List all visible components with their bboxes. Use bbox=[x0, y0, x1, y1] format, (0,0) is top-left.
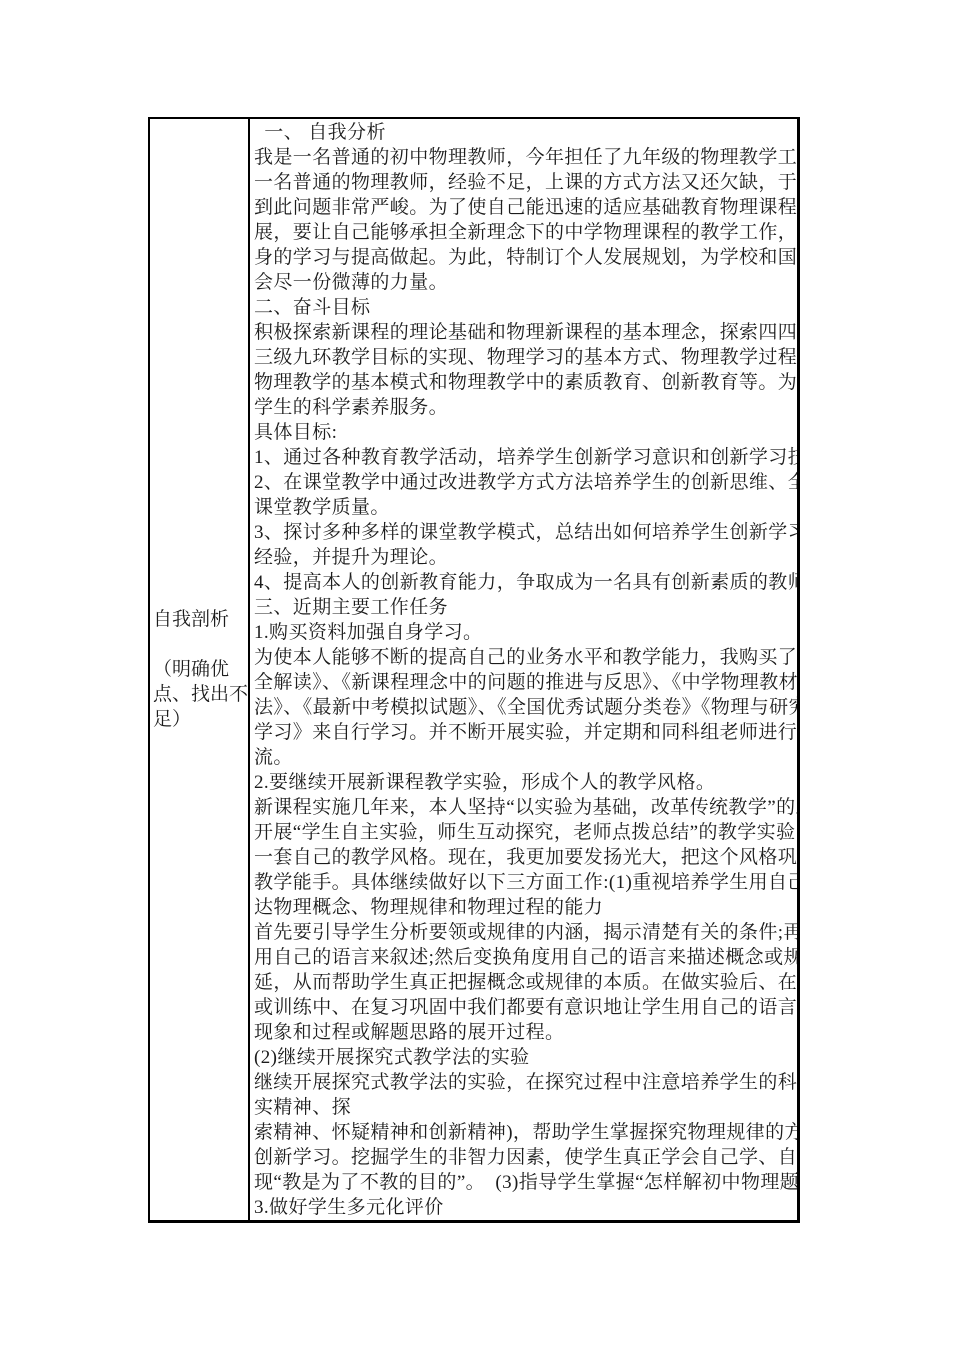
text-line bbox=[153, 632, 246, 657]
text-line: 足） bbox=[153, 707, 246, 732]
cell-self-analysis-label: 自我剖析（明确优点、找出不足） bbox=[150, 119, 250, 1220]
text-line: 具体目标: bbox=[254, 420, 795, 445]
text-line: 现“教是为了不教的目的”。 (3)指导学生掌握“怎样解初中物理题” bbox=[254, 1170, 795, 1195]
text-line: 开展“学生自主实验，师生互动探究，老师点拨总结”的教学实验，形成 bbox=[254, 820, 795, 845]
text-line: 一套自己的教学风格。现在，我更加要发扬光大，把这个风格巩固，争做 bbox=[254, 845, 795, 870]
text-line: 教学能手。具体继续做好以下三方面工作:(1)重视培养学生用自己的语言表 bbox=[254, 870, 795, 895]
text-line: 新课程实施几年来，本人坚持“以实验为基础，改革传统教学”的思想， bbox=[254, 795, 795, 820]
text-line: 3.做好学生多元化评价 bbox=[254, 1195, 795, 1220]
text-line: 实精神、探 bbox=[254, 1095, 795, 1120]
text-line: 或训练中、在复习巩固中我们都要有意识地让学生用自己的语言叙述物理 bbox=[254, 995, 795, 1020]
text-line: 展，要让自己能够承担全新理念下的中学物理课程的教学工作，必须从自 bbox=[254, 220, 795, 245]
text-line: (2)继续开展探究式教学法的实验 bbox=[254, 1045, 795, 1070]
text-line: 索精神、怀疑精神和创新精神)，帮助学生掌握探究物理规律的方法，学会 bbox=[254, 1120, 795, 1145]
text-line: 3、探讨多种多样的课堂教学模式，总结出如何培养学生创新学习能力的 bbox=[254, 520, 795, 545]
text-line: 2.要继续开展新课程教学实验，形成个人的教学风格。 bbox=[254, 770, 795, 795]
text-line: （明确优 bbox=[153, 657, 246, 682]
text-line: 流。 bbox=[254, 745, 795, 770]
text-line: 全解读》、《新课程理念中的问题的推进与反思》、《中学物理教材教 bbox=[254, 670, 795, 695]
text-line: 2、在课堂教学中通过改进教学方式方法培养学生的创新思维、全面提高 bbox=[254, 470, 795, 495]
text-line: 继续开展探究式教学法的实验，在探究过程中注意培养学生的科学精神(求 bbox=[254, 1070, 795, 1095]
text-line: 物理教学的基本模式和物理教学中的素质教育、创新教育等。为全面提升 bbox=[254, 370, 795, 395]
text-line: 法》、《最新中考模拟试题》、《全国优秀试题分类卷》《物理与研究性 bbox=[254, 695, 795, 720]
text-line: 二、奋斗目标 bbox=[254, 295, 795, 320]
text-line: 1、通过各种教育教学活动，培养学生创新学习意识和创新学习技能。 bbox=[254, 445, 795, 470]
document-page: 自我剖析（明确优点、找出不足） 一、 自我分析我是一名普通的初中物理教师，今年担… bbox=[0, 0, 960, 1357]
text-line: 我是一名普通的初中物理教师，今年担任了九年级的物理教学工作。作为 bbox=[254, 145, 795, 170]
text-line: 用自己的语言来叙述;然后变换角度用自己的语言来描述概念或规律的外 bbox=[254, 945, 795, 970]
text-line: 会尽一份微薄的力量。 bbox=[254, 270, 795, 295]
text-line: 为使本人能够不断的提高自己的业务水平和教学能力，我购买了《教材完 bbox=[254, 645, 795, 670]
text-line: 身的学习与提高做起。为此，特制订个人发展规划，为学校和国家以及社 bbox=[254, 245, 795, 270]
text-line: 现象和过程或解题思路的展开过程。 bbox=[254, 1020, 795, 1045]
self-development-plan-table: 自我剖析（明确优点、找出不足） 一、 自我分析我是一名普通的初中物理教师，今年担… bbox=[148, 117, 800, 1223]
text-line: 1.购买资料加强自身学习。 bbox=[254, 620, 795, 645]
cell-plan-content: 一、 自我分析我是一名普通的初中物理教师，今年担任了九年级的物理教学工作。作为一… bbox=[250, 119, 797, 1220]
text-line: 4、提高本人的创新教育能力，争取成为一名具有创新素质的教师。 bbox=[254, 570, 795, 595]
text-line: 达物理概念、物理规律和物理过程的能力 bbox=[254, 895, 795, 920]
text-line: 首先要引导学生分析要领或规律的内涵，揭示清楚有关的条件;再要求学生 bbox=[254, 920, 795, 945]
text-line: 一名普通的物理教师，经验不足，上课的方式方法又还欠缺，于是我意识 bbox=[254, 170, 795, 195]
text-line: 积极探索新课程的理论基础和物理新课程的基本理念，探索四四理念下的 bbox=[254, 320, 795, 345]
text-line: 创新学习。挖掘学生的非智力因素，使学生真正学会自己学、自己做，实 bbox=[254, 1145, 795, 1170]
text-line: 学习》来自行学习。并不断开展实验，并定期和同科组老师进行经验交 bbox=[254, 720, 795, 745]
text-line: 课堂教学质量。 bbox=[254, 495, 795, 520]
text-line: 三、近期主要工作任务 bbox=[254, 595, 795, 620]
text-line: 点、找出不 bbox=[153, 682, 246, 707]
text-line: 到此问题非常严峻。为了使自己能迅速的适应基础教育物理课程改革的发 bbox=[254, 195, 795, 220]
text-line: 自我剖析 bbox=[153, 607, 246, 632]
text-line: 三级九环教学目标的实现、物理学习的基本方式、物理教学过程的本质、 bbox=[254, 345, 795, 370]
text-line: 一、 自我分析 bbox=[254, 120, 795, 145]
text-line: 经验，并提升为理论。 bbox=[254, 545, 795, 570]
text-line: 学生的科学素养服务。 bbox=[254, 395, 795, 420]
text-line: 延，从而帮助学生真正把握概念或规律的本质。在做实验后、在课堂举例 bbox=[254, 970, 795, 995]
